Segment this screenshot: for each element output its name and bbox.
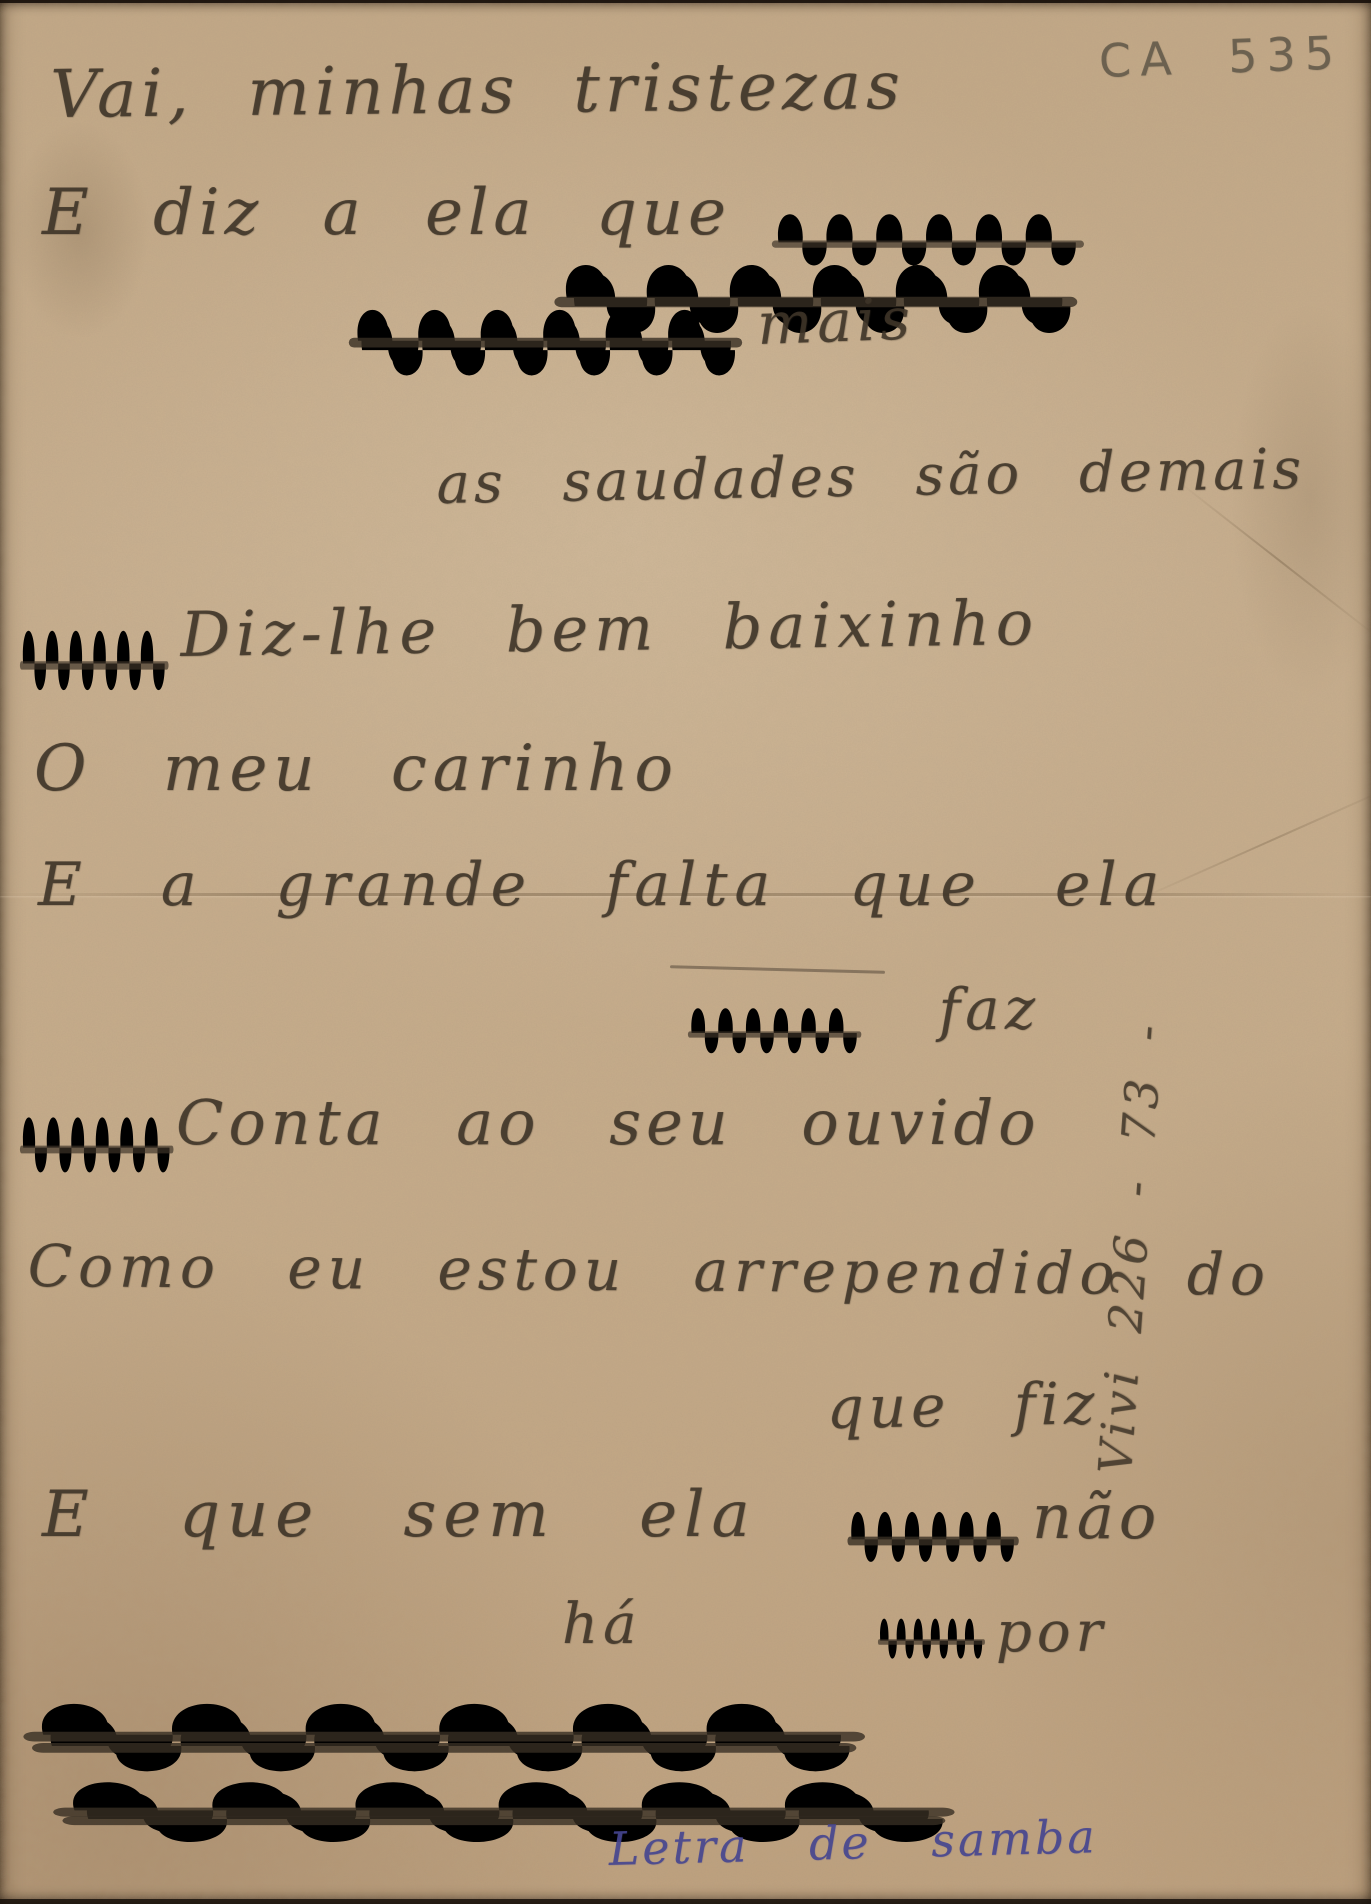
lyric-line-11: Como eu estou arrependido do	[28, 1232, 1272, 1309]
underline-falta	[670, 965, 885, 974]
lyric-line-4-mais: mais	[756, 284, 916, 357]
scribble-mid-line-14	[878, 1606, 986, 1670]
lyric-line-14-por: por	[996, 1600, 1107, 1665]
lyric-line-9-faz: faz	[938, 974, 1041, 1044]
scan-edge-top	[0, 0, 1371, 3]
lyric-line-6: Diz-lhe bem baixinho	[180, 586, 1040, 671]
scribble-mid-line-13	[848, 1496, 1020, 1576]
lyric-line-13: E que sem ela	[42, 1478, 757, 1552]
lyric-line-8: E a grande falta que ela	[38, 850, 1166, 920]
lyric-line-13-nao: não	[1032, 1480, 1161, 1553]
lyric-line-5: as saudades são demais	[436, 437, 1306, 517]
scribble-before-mais	[350, 292, 745, 382]
diagonal-crease-right-lower	[1133, 779, 1371, 903]
lyric-line-7: O meu carinho	[34, 732, 679, 806]
scribble-before-conta	[20, 1100, 175, 1188]
manuscript-page: CA 535 Vivi 226 - 73 - Vai, minhas trist…	[0, 0, 1371, 1904]
scribble-deleted-line-15	[26, 1686, 871, 1776]
lyric-line-10: Conta ao seu ouvido	[176, 1086, 1041, 1159]
lyric-line-1: Vai, minhas tristezas	[50, 47, 905, 133]
blue-ink-note: Letra de samba	[608, 1809, 1098, 1876]
lyric-line-12: que fiz	[826, 1369, 1100, 1442]
lyric-line-2: E diz a ela que	[42, 176, 731, 250]
catalog-mark: CA 535	[1098, 25, 1344, 87]
lyric-line-14-ha: há	[562, 1592, 641, 1657]
scribble-before-diz-lhe	[20, 612, 170, 707]
diagonal-crease-right	[1177, 480, 1371, 642]
scan-edge-bottom	[0, 1899, 1371, 1904]
scribble-before-faz	[688, 994, 863, 1066]
